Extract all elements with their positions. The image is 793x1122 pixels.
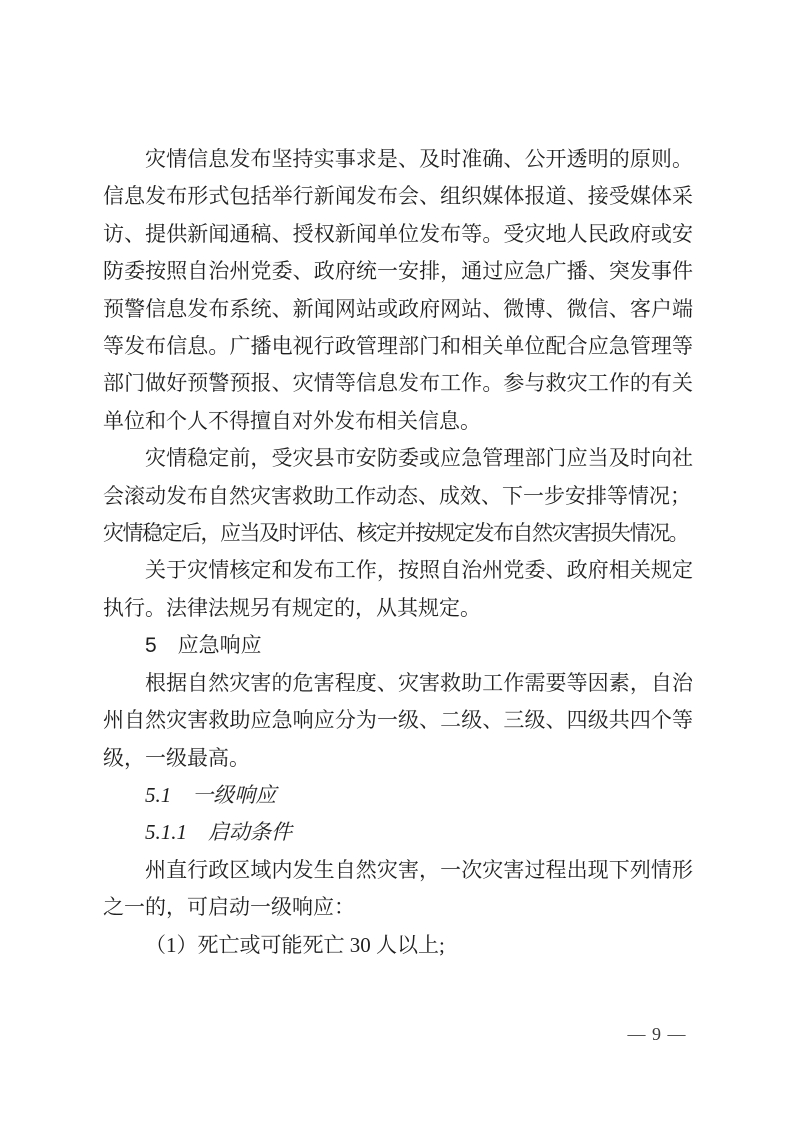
para-level1-activation-intro: 州直行政区域内发生自然灾害，一次灾害过程出现下列情形之一的，可启动一级响应：: [103, 852, 693, 927]
document-content: 灾情信息发布坚持实事求是、及时准确、公开透明的原则。信息发布形式包括举行新闻发布…: [103, 141, 693, 964]
heading-section-5-emergency-response: 5 应急响应: [103, 627, 693, 664]
para-damage-verification-rules: 关于灾情核定和发布工作，按照自治州党委、政府相关规定执行。法律法规另有规定的，从…: [103, 552, 693, 627]
para-post-stabilization-assessment: 灾情稳定后，应当及时评估、核定并按规定发布自然灾害损失情况。: [103, 515, 693, 552]
para-response-level-classification: 根据自然灾害的危害程度、灾害救助工作需要等因素，自治州自然灾害救助应急响应分为一…: [103, 665, 693, 777]
document-page: 灾情信息发布坚持实事求是、及时准确、公开透明的原则。信息发布形式包括举行新闻发布…: [0, 0, 793, 1122]
list-item-condition-1-deaths: （1）死亡或可能死亡 30 人以上;: [103, 927, 693, 964]
para-pre-stabilization-release: 灾情稳定前，受灾县市安防委或应急管理部门应当及时向社会滚动发布自然灾害救助工作动…: [103, 440, 693, 515]
para-info-release-principles: 灾情信息发布坚持实事求是、及时准确、公开透明的原则。信息发布形式包括举行新闻发布…: [103, 141, 693, 440]
page-number: — 9 —: [592, 1022, 722, 1046]
heading-section-5-1-level1-response: 5.1 一级响应: [103, 777, 693, 814]
heading-section-5-1-1-activation-conditions: 5.1.1 启动条件: [103, 814, 693, 851]
